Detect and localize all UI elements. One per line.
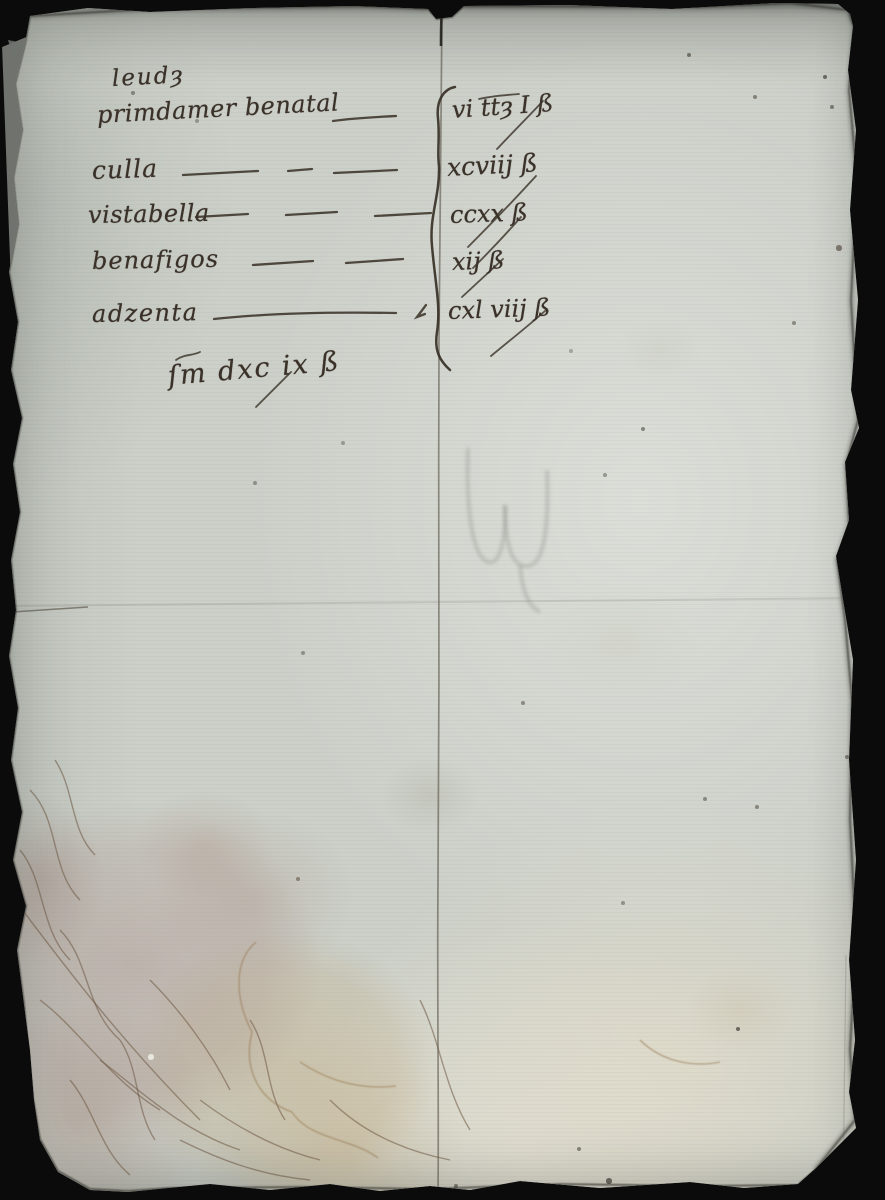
edge-vignette (0, 0, 885, 1200)
manuscript-page: leudȝ primdamer benatal vi ttȝ I ß culla… (0, 0, 885, 1200)
ink-specks (0, 0, 2, 2)
scan-background: { "page": { "background_color": "#0b0b0c… (0, 0, 885, 1200)
